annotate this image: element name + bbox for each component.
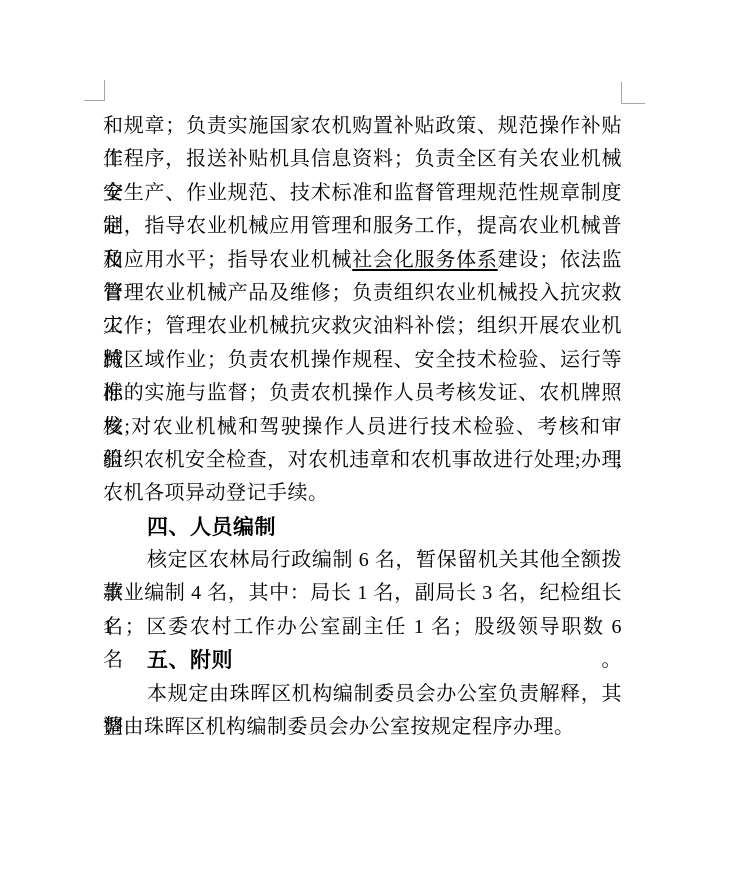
text-segment: 农机各项异动登记手续。 xyxy=(103,482,329,504)
text-line: 事业编制 4 名，其中：局长 1 名，副局长 3 名，纪检组长 1 xyxy=(103,577,622,610)
document-page: 和规章；负责实施国家农机购置补贴政策、规范操作补贴工作程序，报送补贴机具信息资料… xyxy=(0,0,729,896)
text-line: 工作；管理农业机械抗灾救灾油料补偿；组织开展农业机械 xyxy=(103,310,622,343)
text-line: 定，指导农业机械应用管理和服务工作，提高农业机械普及 xyxy=(103,210,622,243)
text-line: 管理农业机械产品及维修；负责组织农业机械投入抗灾救灾 xyxy=(103,277,622,310)
text-line: 农机各项异动登记手续。 xyxy=(103,477,622,510)
text-segment: 整由珠晖区机构编制委员会办公室按规定程序办理。 xyxy=(103,716,575,738)
section-heading: 四、人员编制 xyxy=(103,511,622,544)
text-segment: 四、人员编制 xyxy=(147,516,276,539)
text-segment: 五、附则 xyxy=(147,649,233,672)
text-line: 全生产、作业规范、技术标准和监督管理规范性规章制度制 xyxy=(103,177,622,210)
document-body: 和规章；负责实施国家农机购置补贴政策、规范操作补贴工作程序，报送补贴机具信息资料… xyxy=(103,110,622,744)
text-line: 作程序，报送补贴机具信息资料；负责全区有关农业机械安 xyxy=(103,143,622,176)
text-line: 准的实施与监督；负责农机操作人员考核发证、农机牌照核 xyxy=(103,377,622,410)
underlined-term: 社会化服务体系 xyxy=(352,249,497,271)
text-line: 本规定由珠晖区机构编制委员会办公室负责解释，其调 xyxy=(103,678,622,711)
text-line: 核定区农林局行政编制 6 名，暂保留机关其他全额拨款 xyxy=(103,544,622,577)
margin-crop-mark-top-right xyxy=(621,82,645,104)
margin-crop-mark-top-left xyxy=(84,80,105,101)
text-line: 名；区委农村工作办公室副主任 1 名；股级领导职数 6 名。 xyxy=(103,611,622,644)
text-line: 和应用水平；指导农业机械社会化服务体系建设；依法监督 xyxy=(103,244,622,277)
text-line: 组织农机安全检查，对农机违章和农机事故进行处理;办理 xyxy=(103,444,622,477)
text-line: 整由珠晖区机构编制委员会办公室按规定程序办理。 xyxy=(103,711,622,744)
text-segment: 和应用水平；指导农业机械 xyxy=(103,249,352,271)
text-line: 发;对农业机械和驾驶操作人员进行技术检验、考核和审验; xyxy=(103,411,622,444)
text-line: 和规章；负责实施国家农机购置补贴政策、规范操作补贴工 xyxy=(103,110,622,143)
text-segment: 组织农机安全检查，对农机违章和农机事故进行处理;办理 xyxy=(103,449,622,471)
text-line: 跨区域作业；负责农机操作规程、安全技术检验、运行等标 xyxy=(103,344,622,377)
